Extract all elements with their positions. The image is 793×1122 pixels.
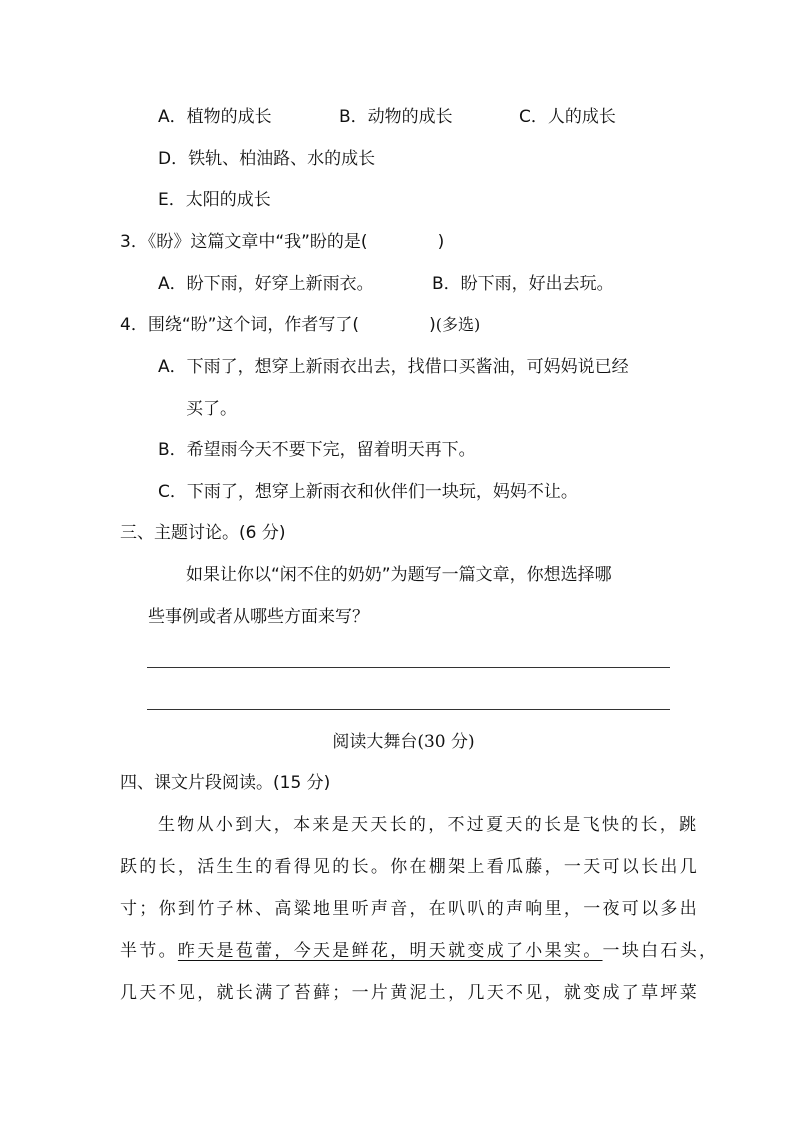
q4-multi-select-note: (多选) xyxy=(436,315,481,334)
answer-line-2[interactable] xyxy=(147,709,670,710)
q3-option-b: B．盼下雨，好出去玩。 xyxy=(432,273,614,295)
q3-stem: 3．《盼》这篇文章中“我”盼的是() xyxy=(120,231,444,253)
passage-line-4-pre: 半节。 xyxy=(120,941,178,961)
q2-option-b: B．动物的成长 xyxy=(339,106,453,128)
q4-stem: 4．围绕“盼”这个词，作者写了()(多选) xyxy=(120,314,480,336)
q4-option-a-line1: A．下雨了，想穿上新雨衣出去，找借口买酱油，可妈妈说已经 xyxy=(158,356,629,378)
underlined-sentence: 昨天是苞蕾，今天是鲜花，明天就变成了小果实。 xyxy=(178,941,603,961)
passage-line-2: 跃的长，活生生的看得见的长。你在棚架上看瓜藤，一天可以长出几 xyxy=(120,856,672,878)
passage-line-5: 几天不见，就长满了苔藓；一片黄泥土，几天不见，就变成了草坪菜 xyxy=(120,982,672,1004)
q4-stem-text: 4．围绕“盼”这个词，作者写了( xyxy=(120,315,359,335)
section3-prompt-line2: 些事例或者从哪些方面来写？ xyxy=(148,606,369,628)
q2-option-c: C．人的成长 xyxy=(519,106,616,128)
q2-option-a: A．植物的成长 xyxy=(158,106,272,128)
reading-stage-title: 阅读大舞台(30 分) xyxy=(0,731,793,753)
q3-stem-end: ) xyxy=(438,232,445,252)
q4-option-b: B．希望雨今天不要下完，留着明天再下。 xyxy=(158,439,476,461)
answer-line-1[interactable] xyxy=(147,667,670,668)
passage-line-4-post: 一块白石头， xyxy=(603,941,719,961)
q4-option-a-line2: 买了。 xyxy=(186,398,237,420)
q2-option-e: E．太阳的成长 xyxy=(158,189,271,211)
section3-prompt-line1: 如果让你以“闲不住的奶奶”为题写一篇文章，你想选择哪 xyxy=(186,564,612,586)
q4-option-c: C．下雨了，想穿上新雨衣和伙伴们一块玩，妈妈不让。 xyxy=(158,481,578,503)
q3-option-a: A．盼下雨，好穿上新雨衣。 xyxy=(158,273,374,295)
passage-line-1: 生物从小到大，本来是天天长的，不过夏天的长是飞快的长，跳 xyxy=(158,814,672,836)
section3-heading: 三、主题讨论。(6 分) xyxy=(120,522,285,544)
q3-stem-text: 3．《盼》这篇文章中“我”盼的是( xyxy=(120,232,368,252)
q4-stem-end: ) xyxy=(429,315,436,335)
q2-option-d: D．铁轨、柏油路、水的成长 xyxy=(158,148,375,170)
passage-line-4: 半节。昨天是苞蕾，今天是鲜花，明天就变成了小果实。一块白石头， xyxy=(120,940,672,962)
section4-heading: 四、课文片段阅读。(15 分) xyxy=(120,772,330,794)
passage-line-3: 寸；你到竹子林、高粱地里听声音，在叭叭的声响里，一夜可以多出 xyxy=(120,898,672,920)
